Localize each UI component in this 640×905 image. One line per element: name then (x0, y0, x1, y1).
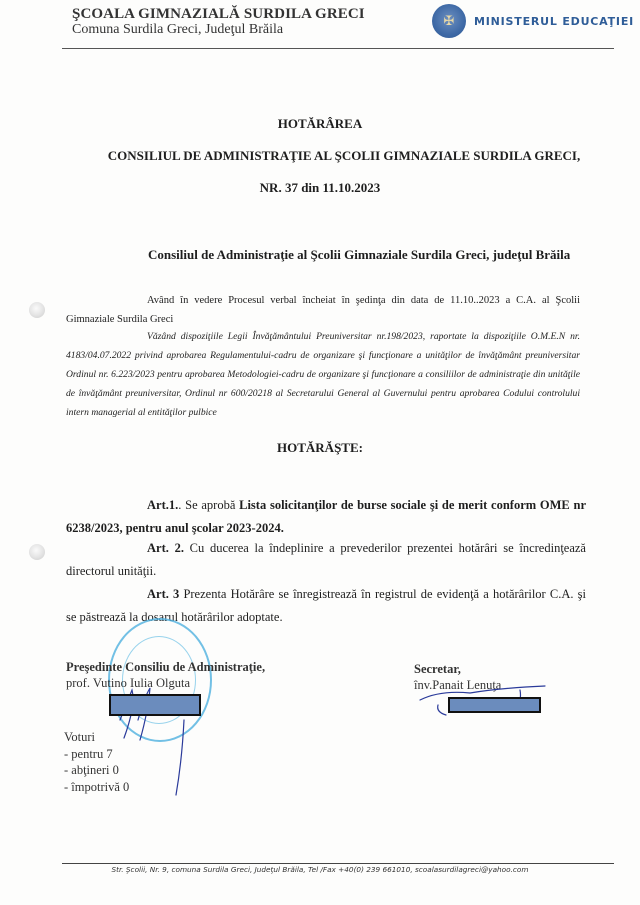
punch-hole-icon (29, 302, 45, 318)
decides-heading: HOTĂRĂŞTE: (0, 440, 640, 456)
votes-abstentions: - abţineri 0 (64, 762, 129, 779)
preamble-paragraph-1: Având în vedere Procesul verbal încheiat… (66, 291, 580, 329)
footer-divider (62, 863, 614, 864)
document-number: NR. 37 din 11.10.2023 (0, 180, 640, 196)
votes-for: - pentru 7 (64, 746, 129, 763)
footer-address: Str. Şcolii, Nr. 9, comuna Surdila Greci… (0, 865, 640, 874)
ministry-brand: ✠ MINISTERUL EDUCAŢIEI (432, 4, 634, 38)
votes-against: - împotrivă 0 (64, 779, 129, 796)
school-name: ŞCOALA GIMNAZIALĂ SURDILA GRECI (72, 6, 365, 23)
secretary-name: înv.Panait Lenuţa (414, 678, 501, 693)
issuer-line: Consiliul de Administraţie al Şcolii Gim… (148, 247, 570, 263)
secretary-title: Secretar, (414, 662, 461, 677)
vote-tally: Voturi - pentru 7 - abţineri 0 - împotri… (64, 729, 129, 795)
school-location: Comuna Surdila Greci, Judeţul Brăila (72, 22, 283, 38)
preamble-paragraph-2: Văzând dispoziţiile Legii Învăţământului… (66, 327, 580, 422)
punch-hole-icon (29, 544, 45, 560)
document-subtitle: CONSILIUL DE ADMINISTRAŢIE AL ŞCOLII GIM… (24, 148, 640, 164)
header-divider (62, 48, 614, 49)
president-title: Preşedinte Consiliu de Administraţie, (66, 660, 265, 675)
article-2: Art. 2. Cu ducerea la îndeplinire a prev… (66, 537, 586, 583)
document-title: HOTĂRÂREA (0, 116, 640, 132)
article-1: Art.1.. Se aprobă Lista solicitanţilor d… (66, 494, 586, 540)
president-name: prof. Vutino Iulia Olguta (66, 676, 190, 691)
ministry-name: MINISTERUL EDUCAŢIEI (474, 15, 634, 28)
votes-heading: Voturi (64, 729, 129, 746)
redacted-signature-box (448, 697, 541, 713)
redacted-signature-box (109, 694, 201, 716)
romanian-coat-of-arms-icon: ✠ (432, 4, 466, 38)
